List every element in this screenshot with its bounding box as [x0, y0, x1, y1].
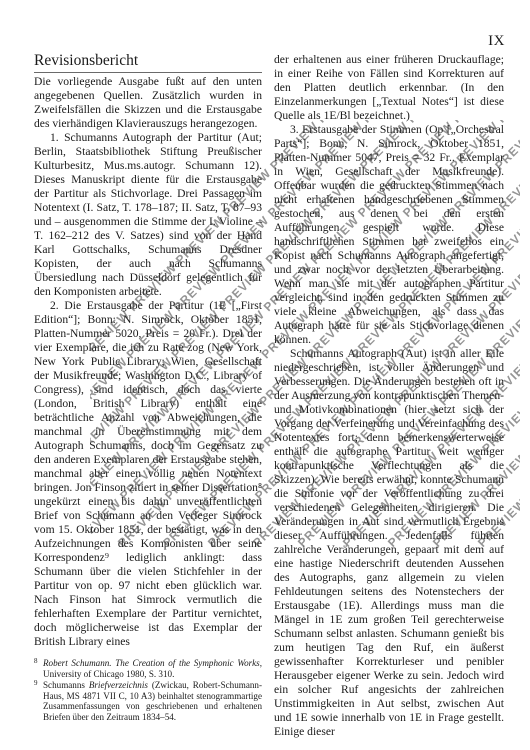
- footnote-lead: Schumanns: [43, 680, 85, 690]
- autograph-discussion-paragraph: Schumanns Autograph (Aut) ist in aller E…: [274, 347, 504, 739]
- right-column: der erhaltenen aus einer früheren Drucka…: [274, 53, 504, 739]
- page-heading: Revisionsbericht: [34, 52, 262, 73]
- footnote-title: Briefverzeichnis: [89, 680, 148, 690]
- footnote-title: Robert Schumann. The Creation of the Sym…: [43, 658, 262, 668]
- continuation-paragraph: der erhaltenen aus einer früheren Drucka…: [274, 53, 504, 123]
- footnote-8: 8 Robert Schumann. The Creation of the S…: [34, 658, 262, 679]
- footnotes: 8 Robert Schumann. The Creation of the S…: [34, 658, 262, 724]
- footnote-text: University of Chicago 1980, S. 310.: [43, 669, 174, 679]
- footnote-mark: 8: [34, 656, 38, 667]
- intro-paragraph: Die vorliegende Ausgabe fußt auf den unt…: [34, 75, 262, 131]
- source-2-paragraph: 2. Die Erstausgabe der Partitur (1E [„Fi…: [34, 299, 262, 649]
- left-column: Die vorliegende Ausgabe fußt auf den unt…: [34, 75, 262, 649]
- source-1-paragraph: 1. Schumanns Autograph der Partitur (Aut…: [34, 131, 262, 299]
- footnote-mark: 9: [34, 678, 38, 689]
- source-3-paragraph: 3. Erstausgabe der Stimmen (Op [„Orchest…: [274, 123, 504, 347]
- footnote-9: 9 Schumanns Briefverzeichnis (Zwickau, R…: [34, 680, 262, 722]
- page-number: IX: [488, 33, 505, 50]
